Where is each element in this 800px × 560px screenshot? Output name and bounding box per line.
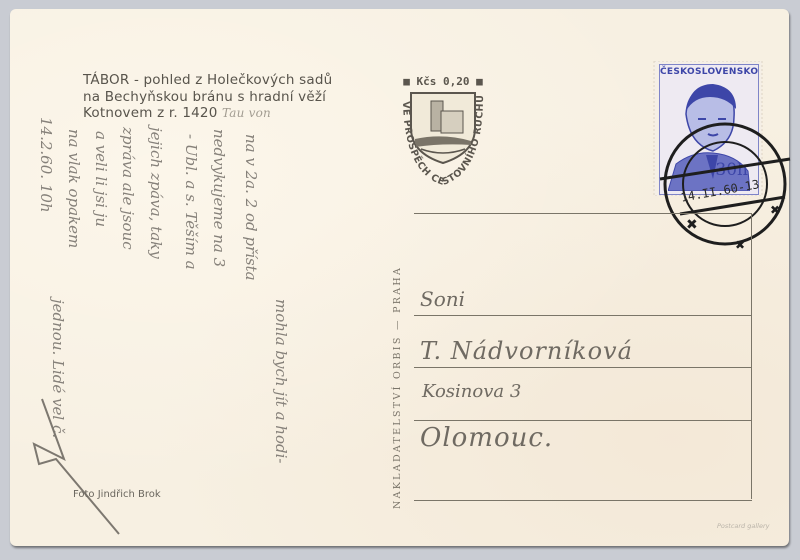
message-line: na vlak opakem [65,129,83,248]
message-line: - Ubl. a s. Těším a [182,134,200,270]
watermark: Postcard gallery [717,522,770,530]
svg-text:✖: ✖ [770,203,780,217]
address-line-divider [414,213,752,214]
address-recipient-name: T. Nádvorníková [420,337,633,365]
postmark-circle-icon: 14.II.60-13 ✖ ✖ ✖ [650,119,800,254]
photo-credit: Foto Jindřich Brok [73,489,161,500]
svg-text:✖: ✖ [686,217,698,233]
address-line-divider [414,315,752,316]
caption-line-3: Kotnovem z r. 1420 Tau von [83,105,332,122]
caption-line-2: na Bechyňskou bránu s hradní věží [83,89,332,106]
caption-line-1: TÁBOR - pohled z Holečkových sadů [83,72,332,89]
message-line: na v 2a. 2 od přísta [242,134,260,281]
castle-tower-shield-icon: ■ Kčs 0,20 ■ VE PROSPĚCH CESTOVNÍHO RUCH… [393,73,493,203]
address-street: Kosinova 3 [422,381,521,402]
svg-text:■ Kčs 0,20 ■: ■ Kčs 0,20 ■ [403,75,483,88]
svg-text:✖: ✖ [735,238,745,252]
pencil-note: Tau von [222,106,271,120]
message-line: a veli li jsi ju [92,131,110,227]
address-city: Olomouc. [420,423,553,453]
stamp-country: ČESKOSLOVENSKO [660,67,758,77]
postcard-caption: TÁBOR - pohled z Holečkových sadů na Bec… [83,72,332,122]
message-line: zpráva ale jsouc [119,127,137,250]
address-vertical-divider [751,213,752,499]
postcard: TÁBOR - pohled z Holečkových sadů na Bec… [10,9,789,546]
address-line-divider [414,500,752,501]
publisher-imprint: NAKLADATELSTVÍ ORBIS — PRAHA [392,266,403,509]
address-line-divider [414,420,752,421]
svg-text:14.II.60-13: 14.II.60-13 [680,177,761,205]
signature-stroke [24,389,134,539]
address-line-divider [414,367,752,368]
address-recipient-salutation: Soni [420,287,465,311]
message-line: nedvykujeme na 3 [210,129,228,267]
message-line: jejich zpáva, taky [147,127,165,259]
message-date: 14.2.60. 10h [37,117,55,213]
message-line: mohla bych jít a hodi- [272,299,290,463]
